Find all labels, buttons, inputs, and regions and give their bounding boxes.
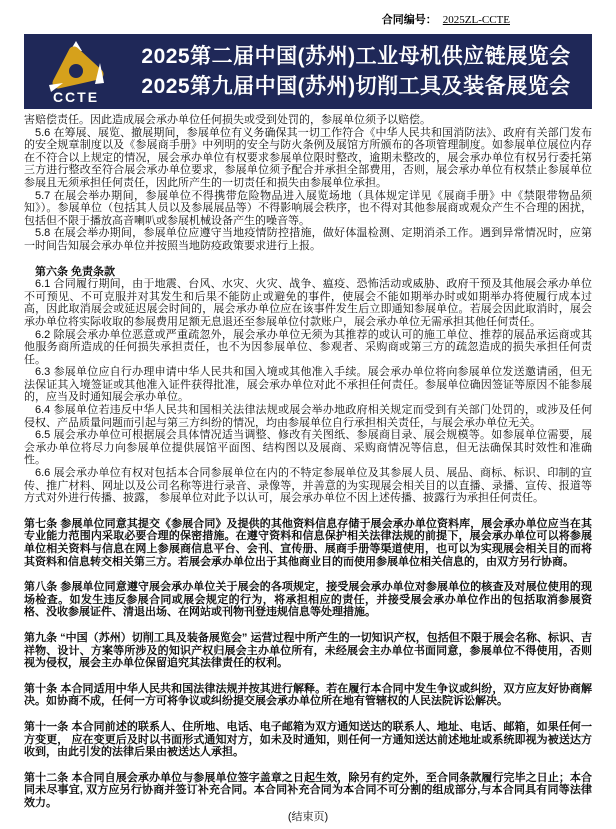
contract-number-row: 合同编号：2025ZL-CCTE — [0, 0, 616, 27]
exhibition-banner: CCTE 2025第二届中国(苏州)工业母机供应链展览会 2025第九届中国(苏… — [24, 34, 592, 109]
contract-number-label: 合同编号： — [382, 14, 437, 26]
clause-6-3: 6.3 参展单位应自行办理申请中华人民共和国入境或其他准入手续。展会承办单位将向… — [24, 366, 592, 404]
article-8: 第八条 参展单位同意遵守展会承办单位关于展会的各项规定，接受展会承办单位对参展单… — [24, 581, 592, 619]
svg-text:CCTE: CCTE — [53, 89, 99, 104]
clause-5-7: 5.7 在展会举办期间，参展单位不得携带危险物品进入展览场地（具体规定详见《展商… — [24, 190, 592, 228]
banner-title-line2: 2025第九届中国(苏州)切削工具及装备展览会 — [128, 74, 584, 100]
ccte-logo: CCTE — [24, 38, 128, 106]
article-9: 第九条 “中国（苏州）切削工具及装备展览会” 运营过程中所产生的一切知识产权，包… — [24, 632, 592, 670]
article-6-heading: 第六条 免责条款 — [24, 266, 592, 279]
clause-6-1: 6.1 合同履行期间，由于地震、台风、水灾、火灾、战争、瘟疫、恐怖活动或威胁、政… — [24, 278, 592, 328]
contract-number-value: 2025ZL-CCTE — [437, 14, 520, 26]
contract-body: 害赔偿责任。因此造成展会承办单位任何损失或受到处罚的，参展单位须予以赔偿。 5.… — [24, 114, 592, 823]
contract-page: 合同编号：2025ZL-CCTE CCTE 2025第二届中国(苏州)工业母机供… — [0, 0, 616, 829]
banner-title-line1: 2025第二届中国(苏州)工业母机供应链展览会 — [128, 44, 584, 70]
article-12: 第十二条 本合同自展会承办单位与参展单位签字盖章之日起生效，除另有约定外，至合同… — [24, 772, 592, 810]
article-10: 第十条 本合同适用中华人民共和国法律法规并按其进行解释。若在履行本合同中发生争议… — [24, 683, 592, 708]
clause-6-5: 6.5 展会承办单位可根据展会具体情况适当调整、修改有关图纸、参展商目录、展会规… — [24, 429, 592, 467]
clause-6-6: 6.6 展会承办单位有权对包括本合同参展单位在内的不特定参展单位及其参展人员、展… — [24, 467, 592, 505]
clause-continuation: 害赔偿责任。因此造成展会承办单位任何损失或受到处罚的，参展单位须予以赔偿。 — [24, 114, 592, 127]
ccte-logo-icon: CCTE — [43, 40, 109, 104]
clause-6-2: 6.2 除展会承办单位恶意或严重疏忽外，展会承办单位无须为其推荐的或认可的施工单… — [24, 329, 592, 367]
clause-5-6: 5.6 在筹展、展览、撤展期间，参展单位有义务确保其一切工作符合《中华人民共和国… — [24, 127, 592, 190]
end-page-note: (结束页) — [24, 811, 592, 824]
article-11: 第十一条 本合同前述的联系人、住所地、电话、电子邮箱为双方通知送达的联系人、地址… — [24, 721, 592, 759]
article-7: 第七条 参展单位同意其提交《参展合同》及提供的其他资料信息存储于展会承办单位资料… — [24, 518, 592, 568]
clause-5-8: 5.8 在展会举办期间，参展单位应遵守当地疫情防控措施，做好体温检测、定期消杀工… — [24, 227, 592, 252]
clause-6-4: 6.4 参展单位若违反中华人民共和国相关法律法规或展会举办地政府相关规定而受到有… — [24, 404, 592, 429]
banner-titles: 2025第二届中国(苏州)工业母机供应链展览会 2025第九届中国(苏州)切削工… — [128, 44, 592, 100]
